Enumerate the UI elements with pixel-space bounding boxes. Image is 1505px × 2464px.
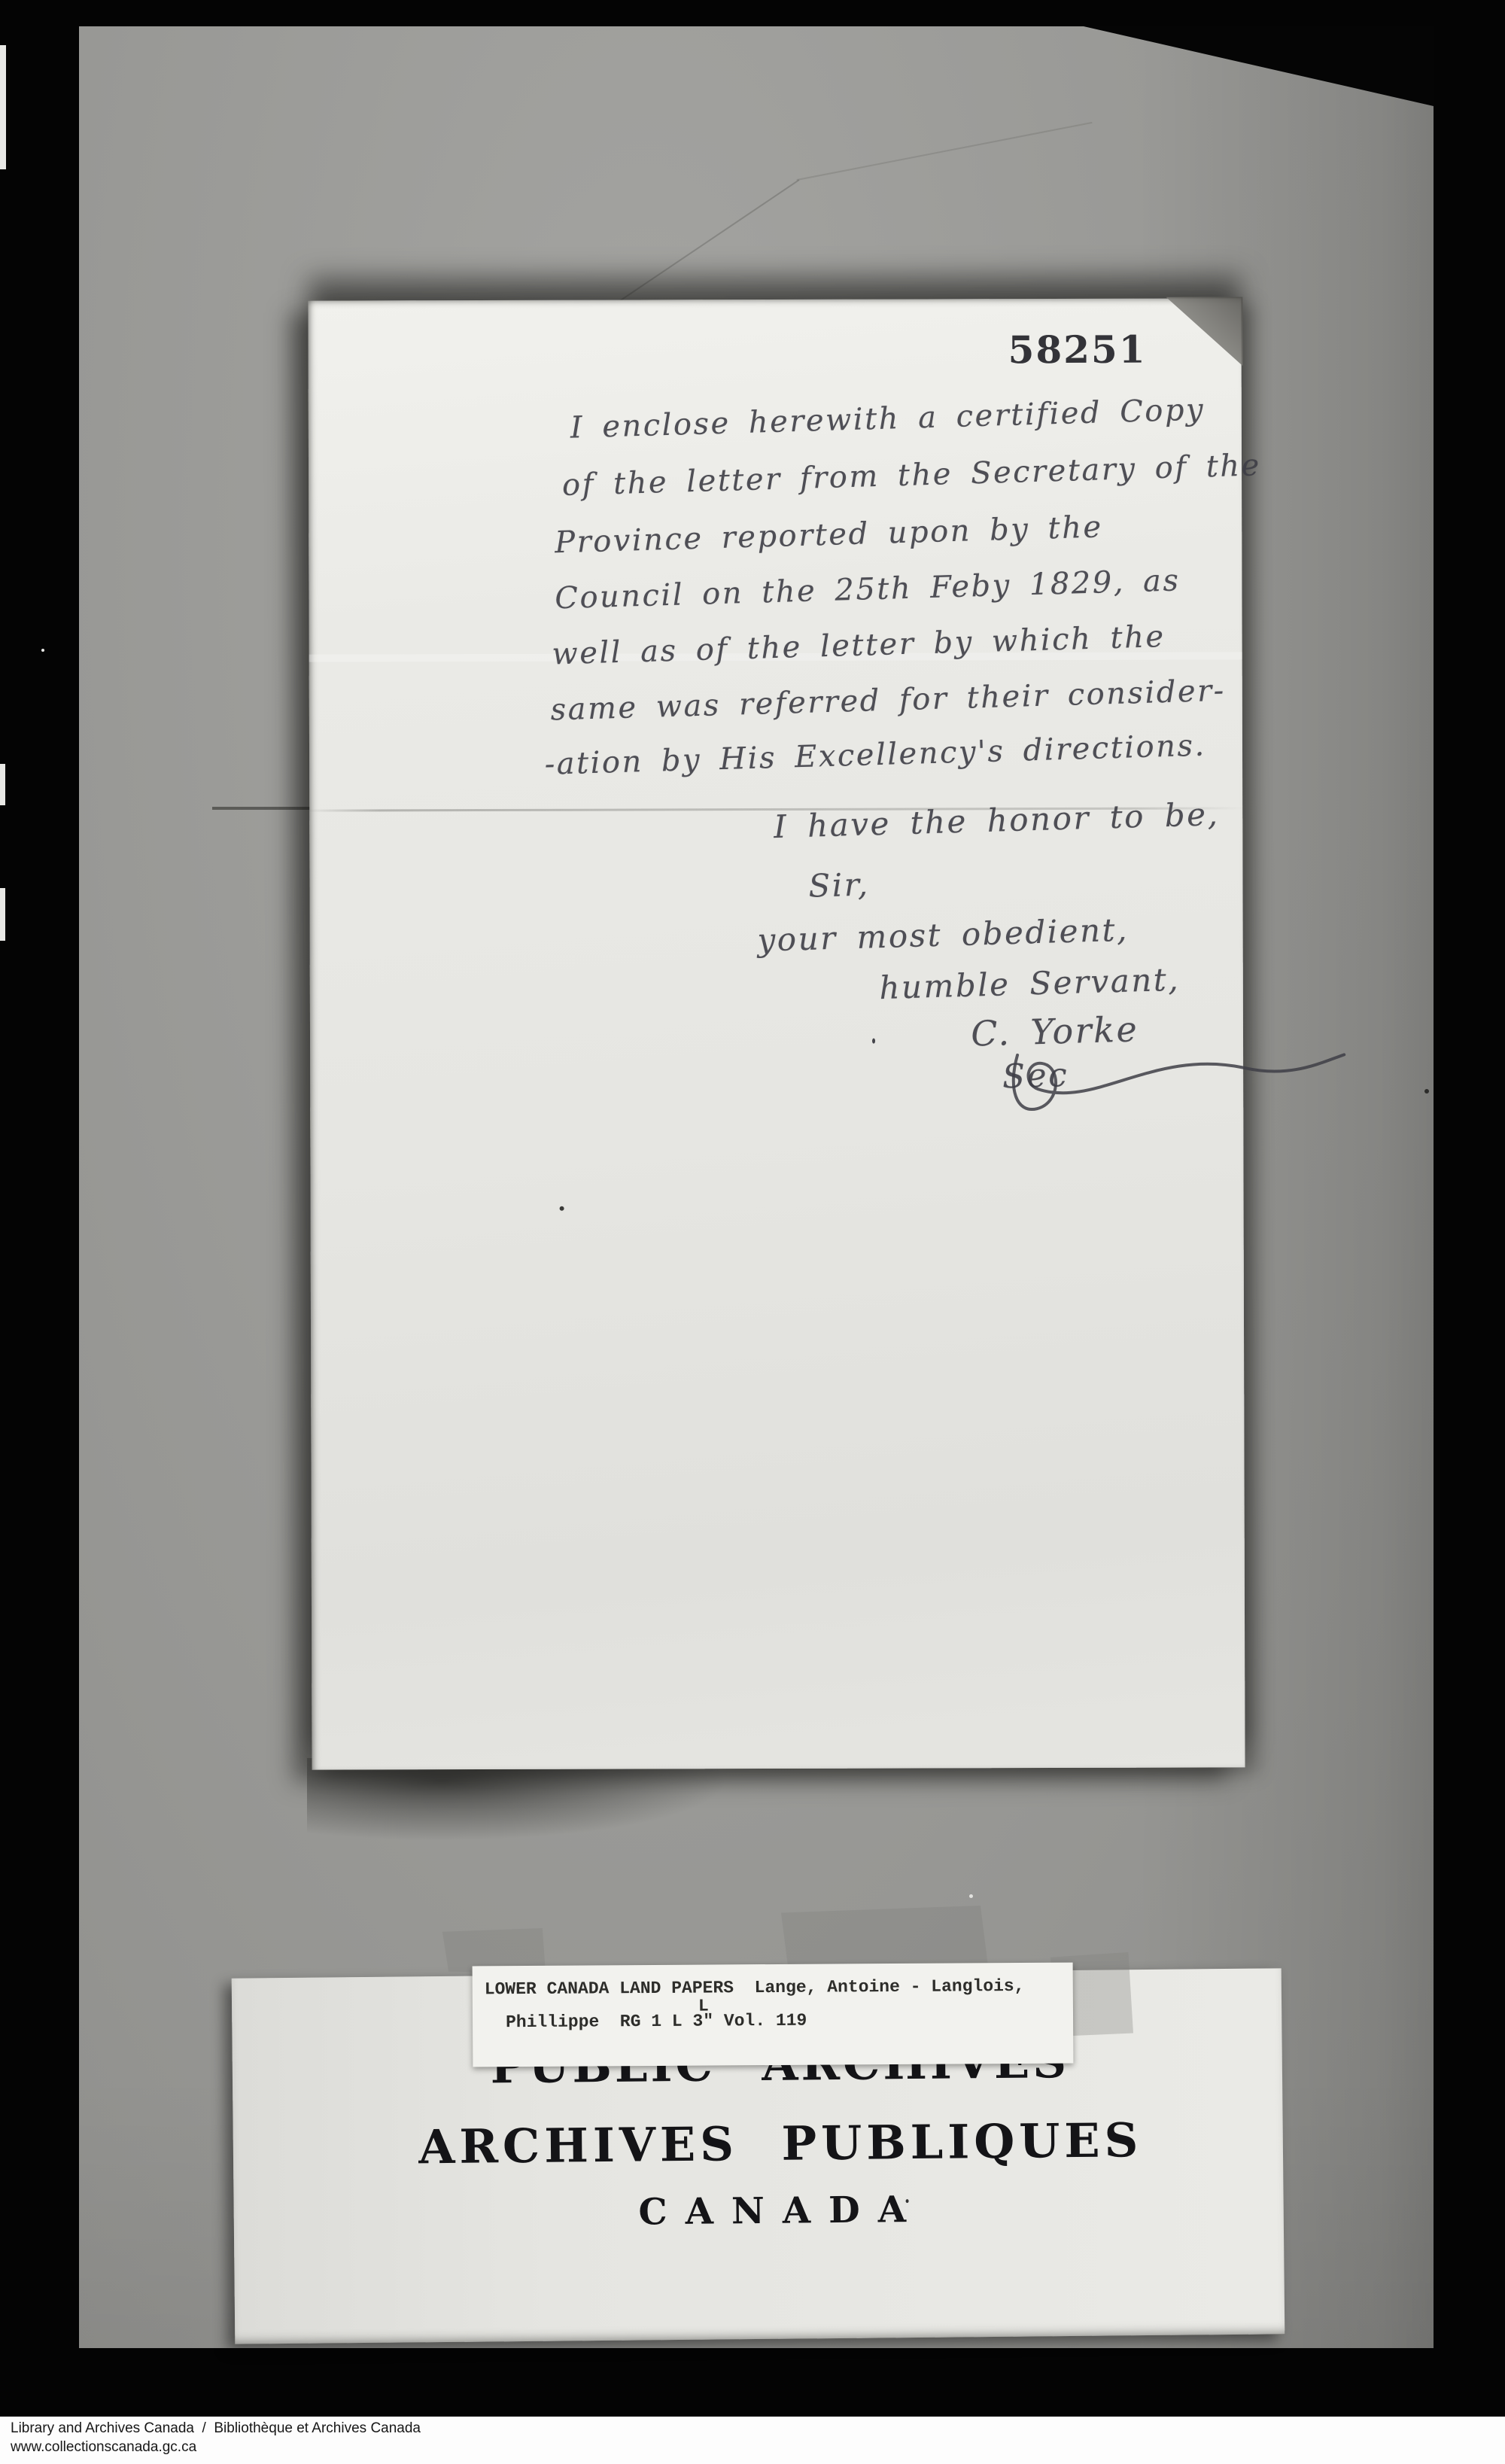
handwriting-line-2: of the letter from the Secretary of the	[561, 448, 1261, 503]
reference-label: LOWER CANADA LAND PAPERS Lange, Antoine …	[473, 1963, 1074, 2067]
archive-country: CANADA	[256, 2185, 1306, 2237]
closing-line-4: humble Servant,	[879, 961, 1181, 1006]
film-edge-mark	[0, 888, 5, 941]
handwriting-line-4: Council on the 25th Feby 1829, as	[555, 563, 1181, 616]
film-edge-mark	[0, 764, 5, 805]
handwritten-letter: I enclose herewith a certified Copy of t…	[293, 286, 1269, 1781]
film-speck	[1424, 1089, 1429, 1094]
footer-attribution: Library and Archives Canada / Bibliothèq…	[11, 2420, 421, 2437]
signature-flourish	[996, 1032, 1352, 1132]
footer-url: www.collectionscanada.gc.ca	[11, 2439, 196, 2456]
closing-line-3: your most obedient,	[757, 911, 1130, 959]
film-speck	[969, 1894, 973, 1898]
typed-stray-character: L	[698, 1997, 709, 2016]
fold-shadow-segment	[212, 807, 312, 810]
film-edge-mark	[0, 45, 6, 169]
archive-title-french: ARCHIVES PUBLIQUES	[256, 2111, 1306, 2176]
handwriting-line-3: Province reported upon by the	[555, 510, 1104, 560]
handwriting-line-7: -ation by His Excellency's directions.	[544, 729, 1206, 782]
ink-speck	[560, 1206, 564, 1211]
handwriting-line-1: I enclose herewith a certified Copy	[570, 392, 1206, 445]
handwriting-line-5: well as of the letter by which the	[552, 619, 1166, 671]
ink-speck	[872, 1039, 875, 1044]
handwriting-line-6: same was referred for their consider-	[550, 674, 1226, 728]
closing-line-1: I have the honor to be,	[773, 795, 1219, 845]
typed-reference-line-2: Phillippe RG 1 L 3" Vol. 119	[506, 2011, 807, 2032]
film-speck	[41, 649, 44, 652]
footer-bar: Library and Archives Canada / Bibliothèq…	[0, 2417, 1505, 2464]
microfilm-scan: 58251 I enclose herewith a certified Cop…	[0, 0, 1505, 2464]
letter-paper: 58251 I enclose herewith a certified Cop…	[308, 298, 1245, 1769]
ink-speck	[906, 2199, 909, 2203]
closing-line-2: Sir,	[808, 865, 870, 904]
typed-reference-line-1: LOWER CANADA LAND PAPERS Lange, Antoine …	[485, 1976, 1025, 1999]
